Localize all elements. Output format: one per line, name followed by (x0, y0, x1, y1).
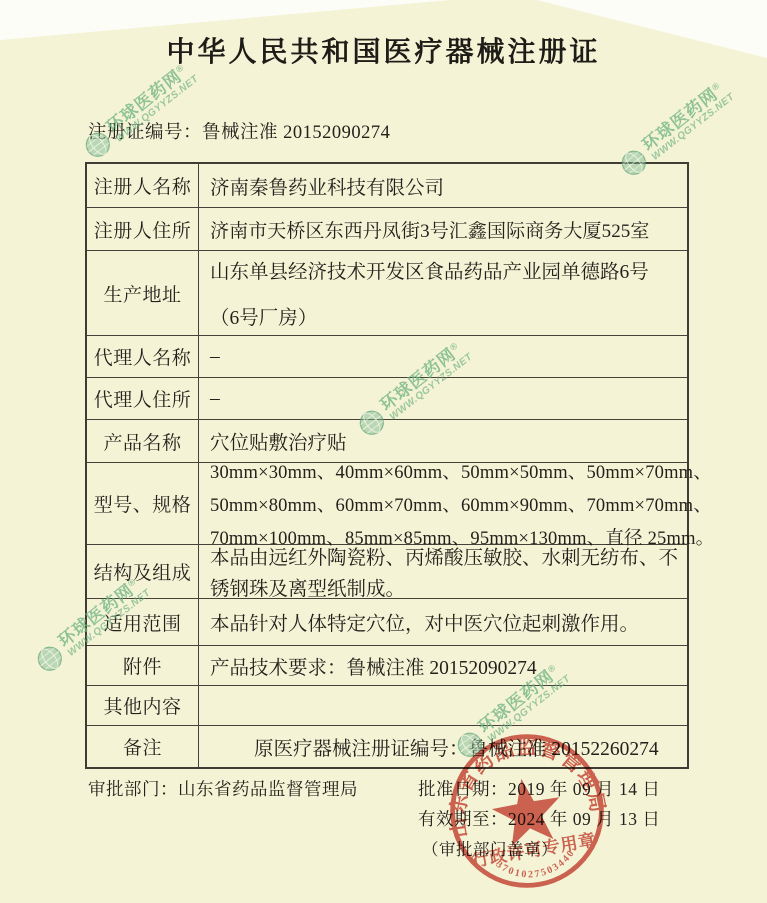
table-row: 备注 原医疗器械注册证编号：鲁械注准 20152260274 (87, 725, 687, 767)
page-title: 中华人民共和国医疗器械注册证 (0, 30, 767, 70)
watermark-url: WWW.QGYYZS.NET (650, 92, 737, 163)
row-label: 生产地址 (87, 251, 199, 335)
site-watermark: 环球医药网® WWW.QGYYZS.NET (79, 60, 201, 164)
certificate-number-line: 注册证编号：鲁械注准 20152090274 (88, 118, 390, 144)
table-row: 型号、规格 30mm×30mm、40mm×60mm、50mm×50mm、50mm… (87, 462, 687, 544)
row-value: 穴位贴敷治疗贴 (199, 420, 687, 462)
row-label: 型号、规格 (87, 463, 199, 544)
row-value: 产品技术要求：鲁械注准 20152090274 (199, 646, 687, 685)
approval-department: 审批部门：山东省药品监督管理局 (88, 776, 358, 801)
row-value: 济南秦鲁药业科技有限公司 (199, 164, 687, 207)
row-value: – (199, 336, 687, 377)
row-value: 山东单县经济技术开发区食品药品产业园单德路6号 （6号厂房） (199, 251, 687, 335)
table-row: 注册人住所 济南市天桥区东西丹凤街3号汇鑫国际商务大厦525室 (87, 207, 687, 250)
row-label: 适用范围 (87, 599, 199, 645)
table-row: 注册人名称 济南秦鲁药业科技有限公司 (87, 164, 687, 207)
row-label: 结构及组成 (87, 545, 199, 598)
approval-date: 批准日期：2019 年 09 月 14 日 (418, 776, 660, 801)
certificate-page: 中华人民共和国医疗器械注册证 注册证编号：鲁械注准 20152090274 注册… (0, 0, 767, 903)
table-row: 代理人名称 – (87, 335, 687, 377)
stamp-note: （审批部门盖章） (422, 836, 558, 860)
row-label: 注册人名称 (87, 164, 199, 207)
table-row: 其他内容 (87, 685, 687, 725)
row-value (199, 686, 687, 725)
row-label: 附件 (87, 646, 199, 685)
certificate-number-label: 注册证编号： (88, 123, 202, 143)
row-label: 产品名称 (87, 420, 199, 462)
row-value: 本品由远红外陶瓷粉、丙烯酸压敏胶、水刺无纺布、不 锈钢珠及离型纸制成。 (199, 545, 687, 598)
table-row: 产品名称 穴位贴敷治疗贴 (87, 419, 687, 462)
row-label: 代理人名称 (87, 336, 199, 377)
table-row: 结构及组成 本品由远红外陶瓷粉、丙烯酸压敏胶、水刺无纺布、不 锈钢珠及离型纸制成… (87, 544, 687, 598)
row-value: – (199, 378, 687, 419)
valid-until-date: 有效期至：2024 年 09 月 13 日 (418, 806, 660, 831)
table-row: 代理人住所 – (87, 377, 687, 419)
table-row: 适用范围 本品针对人体特定穴位，对中医穴位起刺激作用。 (87, 598, 687, 645)
row-value: 原医疗器械注册证编号：鲁械注准 20152260274 (199, 726, 687, 767)
row-value: 济南市天桥区东西丹凤街3号汇鑫国际商务大厦525室 (199, 208, 687, 250)
row-value: 本品针对人体特定穴位，对中医穴位起刺激作用。 (199, 599, 687, 645)
row-value: 30mm×30mm、40mm×60mm、50mm×50mm、50mm×70mm、… (199, 463, 722, 544)
certificate-number-value: 鲁械注准 20152090274 (202, 123, 390, 143)
row-label: 其他内容 (87, 686, 199, 725)
row-label: 备注 (87, 726, 199, 767)
table-row: 附件 产品技术要求：鲁械注准 20152090274 (87, 645, 687, 685)
watermark-name: 环球医药网® (639, 78, 730, 155)
globe-icon (32, 641, 68, 677)
table-row: 生产地址 山东单县经济技术开发区食品药品产业园单德路6号 （6号厂房） (87, 250, 687, 335)
row-label: 代理人住所 (87, 378, 199, 419)
row-label: 注册人住所 (87, 208, 199, 250)
certificate-table: 注册人名称 济南秦鲁药业科技有限公司 注册人住所 济南市天桥区东西丹凤街3号汇鑫… (85, 162, 689, 769)
